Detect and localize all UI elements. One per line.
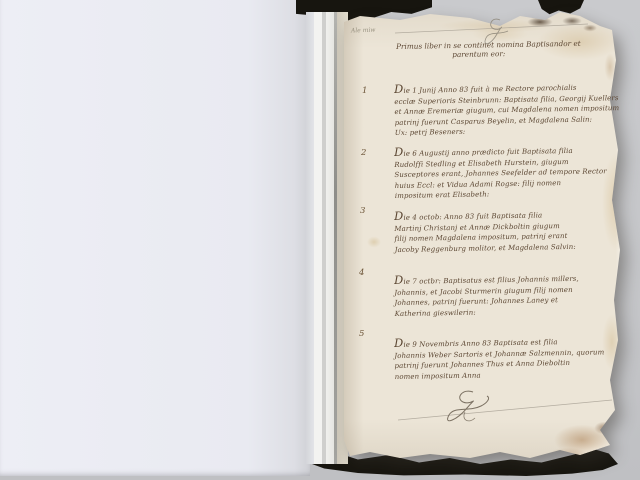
register-entry: Die 7 octbr: Baptisatus est filius Johan… xyxy=(394,272,579,319)
entry-number: 4 xyxy=(359,268,364,278)
pencil-flourish-bottom-icon xyxy=(395,388,620,433)
gutter-page-edge xyxy=(326,12,334,464)
pencil-flourish-top-icon xyxy=(350,12,600,50)
gutter-page-edge xyxy=(306,12,314,464)
entry-number: 3 xyxy=(360,206,365,216)
blank-left-page xyxy=(0,0,310,476)
register-entry: Die 4 octob: Anno 83 fuit Baptisata fili… xyxy=(394,208,576,255)
entry-number: 1 xyxy=(362,86,367,96)
entry-number: 5 xyxy=(359,329,364,339)
entry-number: 2 xyxy=(361,148,366,158)
register-entry: Die 9 Novembris Anno 83 Baptisata est fi… xyxy=(394,334,605,382)
gutter-page-edge xyxy=(314,12,322,464)
photographed-open-book: Ale miw Primus liber in se continet nomi… xyxy=(0,0,640,480)
register-entry: Die 1 Junij Anno 83 fuit à me Rectore pa… xyxy=(394,80,620,138)
register-entry: Die 6 Augustij anno prædicto fuit Baptis… xyxy=(394,143,607,201)
